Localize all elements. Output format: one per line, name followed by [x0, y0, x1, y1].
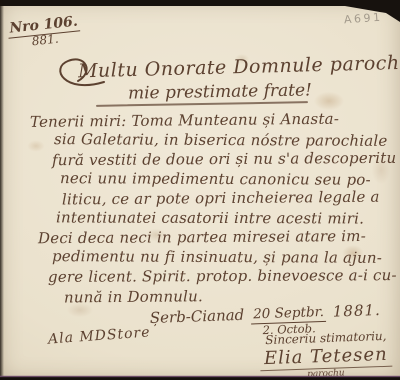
body-line: gere licent. Spirit. protop. binevoesce …	[48, 266, 395, 287]
closing-block: Sinceriu stimatoriu, Elia Tetesen paroch…	[260, 331, 392, 379]
body-line: Deci deca neci in partea miresei atare i…	[38, 227, 395, 249]
letter-scan: Nro 106. 881. A691 Multu Onorate Domnule…	[0, 0, 400, 380]
letter-body: Tenerii miri: Toma Munteanu și Anasta- s…	[30, 111, 395, 306]
dateline-place: Șerb-Cianad	[150, 306, 245, 327]
body-line: intentiunatei casatorii intre acesti mir…	[56, 208, 395, 229]
body-line: fură vestiti de doue ori și nu s'a desco…	[52, 149, 395, 171]
body-line: Tenerii miri: Toma Munteanu și Anasta-	[30, 109, 395, 132]
body-line: sia Galetariu, in biserica nóstre paroch…	[54, 130, 395, 151]
reference-number: Nro 106. 881.	[7, 12, 82, 50]
photo-edge-left	[0, 0, 4, 380]
salutation-line2: mie prestimate frate!	[128, 80, 312, 103]
dateline-year: 1881.	[333, 301, 382, 321]
salutation-line1: Multu Onorate Domnule parochu	[78, 52, 400, 83]
archival-pencil-mark: A691	[344, 11, 383, 27]
addressee-note: Ala MDStore	[48, 324, 151, 347]
body-line: liticu, ce ar pote opri incheierea legal…	[62, 188, 395, 210]
body-line: neci unu impedimentu canonicu seu po-	[60, 169, 395, 190]
body-line: pedimentu nu fi insinuatu, și pana la aj…	[52, 247, 395, 268]
photo-edge-bottom	[0, 374, 400, 380]
